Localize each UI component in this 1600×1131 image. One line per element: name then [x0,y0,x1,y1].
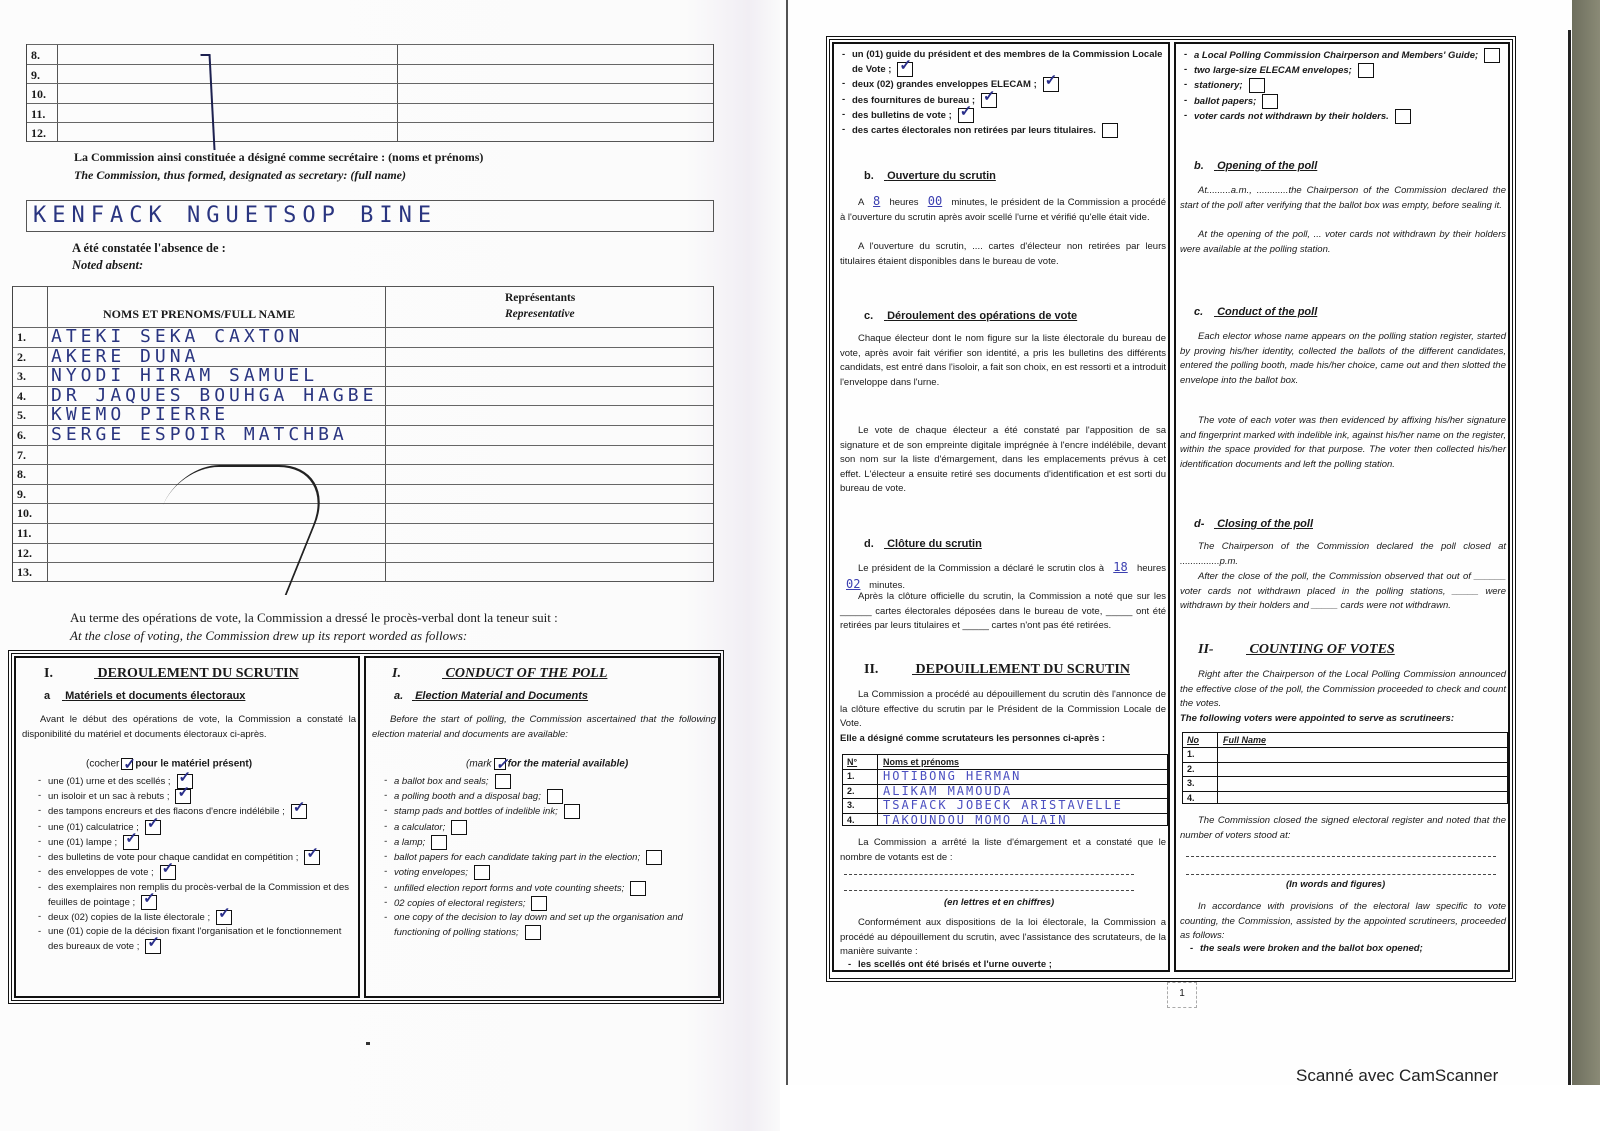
subsection-title-en: Election Material and Documents [415,690,588,702]
counting-p3-en: The Commission closed the signed elector… [1180,814,1506,843]
row-number: 3. [17,369,26,384]
material-label: des enveloppes de vote ; [48,867,154,878]
checkbox-checked-icon[interactable] [123,835,139,850]
table-row: 3. [1183,776,1507,791]
table-row: 2.AKERE DUNA [13,347,713,367]
row-number: 10. [17,506,32,521]
conduct-p1-fr: Chaque électeur dont le nom figure sur l… [840,332,1166,390]
fr-material-list-cont: un (01) guide du président et des membre… [842,48,1164,138]
material-item: two large-size ELECAM envelopes; [1184,63,1506,78]
table-row: 2. [1183,762,1507,777]
opening-p2-en: At the opening of the poll, ... voter ca… [1180,228,1506,257]
material-item: one copy of the decision to lay down and… [384,911,714,940]
check-hint-en: (markfor the material available) [466,758,628,770]
checkbox-checked-icon[interactable] [160,865,176,880]
section-en-column: I. CONDUCT OF THE POLL a. Election Mater… [364,656,720,998]
voters-count-line-en-1 [1186,856,1496,857]
words-figures-en: (In words and figures) [1286,878,1385,893]
row-number: 1. [847,771,855,781]
en-material-list: a ballot box and seals;a polling booth a… [384,774,714,940]
counting-title-en: COUNTING OF VOTES [1250,642,1395,657]
absent-member-name[interactable]: ATEKI SEKA CAXTON [51,326,303,347]
page-gutter [786,0,788,1085]
opening-minutes-value[interactable]: 00 [922,194,948,208]
checkbox-checked-icon[interactable] [981,93,997,108]
material-item: unfilled election report forms and vote … [384,881,714,896]
table-row: 10. [27,83,713,103]
checkbox-checked-icon[interactable] [145,939,161,954]
row-number: 8. [31,48,40,63]
closing-hours-value[interactable]: 18 [1107,560,1133,574]
absent-label-fr: A été constatée l'absence de : [72,241,226,256]
table-row: 9. [13,484,713,504]
section-title: DEROULEMENT DU SCRUTIN [98,666,299,681]
material-item: stationery; [1184,78,1506,93]
counting-p4-en: In accordance with provisions of the ele… [1180,900,1506,944]
table-row: 2.ALIKAM MAMOUDA [843,784,1167,799]
table-row: 10. [13,503,713,523]
checkbox-empty-icon[interactable] [525,925,541,940]
checkbox-checked-icon[interactable] [1043,77,1059,92]
scrutineer-name[interactable]: HOTIBONG HERMAN [883,769,1163,783]
row-number: 12. [31,126,46,141]
absent-member-name[interactable]: AKERE DUNA [51,346,199,367]
words-figures-fr: (en lettres et en chiffres) [944,896,1054,911]
opening-p1-en: At.........a.m., ............the Chairpe… [1180,184,1506,213]
material-item: des exemplaires non remplis du procès-ve… [38,881,356,910]
material-item: stamp pads and bottles of indelible ink; [384,804,714,819]
row-number: 2. [1187,764,1195,774]
table-head-num: N° [847,757,857,767]
material-label: stationery; [1194,80,1243,91]
fr-material-list: une (01) urne et des scellés ;un isoloir… [38,774,356,955]
material-label: des tampons encreurs et des flacons d'en… [48,806,285,817]
opening-letter-en: b. [1194,160,1214,172]
counting-p1-fr: La Commission a procédé au dépouillement… [840,688,1166,732]
material-label: des bulletins de vote ; [852,110,952,121]
material-item: des bulletins de vote pour chaque candid… [38,850,356,865]
stray-mark [366,1042,370,1045]
scrutineers-table-en: No Full Name 1.2.3.4. [1182,732,1508,804]
checkbox-empty-icon[interactable] [1262,94,1278,109]
conduct-p2-en: The vote of each voter was then evidence… [1180,414,1506,472]
table-row: 1.ATEKI SEKA CAXTON [13,327,713,347]
opening-cards-fr: A l'ouverture du scrutin, .... cartes d'… [840,240,1166,269]
material-label: deux (02) grandes enveloppes ELECAM ; [852,79,1037,90]
material-label: un isoloir et un sac à rebuts ; [48,791,169,802]
row-number: 3. [1187,778,1195,788]
checkbox-empty-icon[interactable] [1484,48,1500,63]
counting-bullet: les scellés ont été brisés et l'urne ouv… [848,958,1164,972]
row-number: 13. [17,565,32,580]
checkbox-empty-icon[interactable] [1102,123,1118,138]
material-item: a polling booth and a disposal bag; [384,789,714,804]
scrutineer-name[interactable]: TSAFACK JOBECK ARISTAVELLE [883,798,1163,812]
checkbox-empty-icon[interactable] [564,804,580,819]
row-number: 11. [31,107,45,122]
en-material-list-cont: a Local Polling Commission Chairperson a… [1184,48,1506,124]
checkbox-empty-icon[interactable] [451,820,467,835]
material-item: une (01) urne et des scellés ; [38,774,356,789]
checkbox-empty-icon[interactable] [1249,78,1265,93]
material-item: des bulletins de vote ; [842,108,1164,123]
closing-paragraph-fr: Le président de la Commission a déclaré … [840,560,1166,593]
material-label: des fournitures de bureau ; [852,95,975,106]
material-item: ballot papers; [1184,94,1506,109]
material-label: a calculator; [394,822,445,833]
voters-count-line-1 [844,874,1134,875]
checkbox-checked-icon[interactable] [291,804,307,819]
table-row: 7. [13,445,713,465]
right-page: un (01) guide du président et des membre… [790,0,1570,1085]
right-content-box: un (01) guide du président et des membre… [826,36,1516,982]
counting-p3-fr: La Commission a arrêté la liste d'émarge… [840,836,1166,865]
subsection-letter-en: a. [394,690,412,702]
checkbox-checked-icon[interactable] [216,910,232,925]
closing-p2-en: After the close of the poll, the Commiss… [1180,570,1506,614]
material-label: des cartes électorales non retirées par … [852,125,1096,136]
row-number: 4. [17,389,26,404]
conduct-letter-en: c. [1194,306,1214,318]
checkbox-empty-icon[interactable] [547,789,563,804]
closing-letter-en: d- [1194,518,1214,530]
table-row: 11. [13,523,713,543]
material-item: des enveloppes de vote ; [38,865,356,880]
row-number: 10. [31,87,46,102]
table-row: 3.NYODI HIRAM SAMUEL [13,366,713,386]
subsection-title: Matériels et documents électoraux [65,690,245,702]
checkbox-checked-icon[interactable] [304,850,320,865]
report-intro-fr: Au terme des opérations de vote, la Comm… [70,610,558,625]
absent-member-name[interactable]: KWEMO PIERRE [51,404,229,425]
row-number: 11. [17,526,31,541]
counting-p4-fr: Conformément aux dispositions de la loi … [840,916,1166,960]
secretary-label-en: The Commission, thus formed, designated … [74,168,406,183]
material-label: 02 copies of electoral registers; [394,898,525,909]
scrutineer-name[interactable]: ALIKAM MAMOUDA [883,784,1163,798]
material-item: 02 copies of electoral registers; [384,896,714,911]
material-item: a lamp; [384,835,714,850]
left-page: 8.9.10.11.12. La Commission ainsi consti… [0,0,780,1131]
material-label: two large-size ELECAM envelopes; [1194,65,1352,76]
opening-title: Ouverture du scrutin [887,170,996,182]
row-number: 1. [17,330,26,345]
absent-member-name[interactable]: NYODI HIRAM SAMUEL [51,365,318,386]
row-number: 12. [17,546,32,561]
material-label: a Local Polling Commission Chairperson a… [1194,50,1478,61]
col-header-rep-en: Representative [505,307,575,322]
secretary-label-fr: La Commission ainsi constituée a désigné… [74,150,483,165]
scrutineer-name[interactable]: TAKOUNDOU MOMO ALAIN [883,813,1163,827]
material-label: une (01) urne et des scellés ; [48,776,171,787]
checkbox-empty-icon[interactable] [474,865,490,880]
absent-member-name[interactable]: SERGE ESPOIR MATCHBA [51,424,348,445]
row-number: 8. [17,467,26,482]
check-hint: (cocherpour le matériel présent) [86,758,252,770]
table-row: 1. [1183,747,1507,762]
counting-p2-fr: Elle a désigné comme scrutateurs les per… [840,732,1166,747]
material-label: a polling booth and a disposal bag; [394,791,541,802]
table-row: 8. [13,464,713,484]
material-label: deux (02) copies de la liste électorale … [48,912,210,923]
conduct-p1-en: Each elector whose name appears on the p… [1180,330,1506,388]
table-row: 5.KWEMO PIERRE [13,405,713,425]
absent-member-name[interactable]: DR JAQUES BOUHGA HAGBE [51,385,377,406]
counting-title: DEPOUILLEMENT DU SCRUTIN [916,662,1130,677]
report-intro-en: At the close of voting, the Commission d… [70,628,467,643]
row-number: 2. [17,350,26,365]
camscanner-watermark: Scanné avec CamScanner [1296,1066,1498,1086]
material-label: unfilled election report forms and vote … [394,883,624,894]
counting-number-en: II- [1198,642,1246,658]
opening-title-en: Opening of the poll [1217,160,1317,172]
checkbox-example-icon-en [494,758,506,770]
table-row: 6.SERGE ESPOIR MATCHBA [13,425,713,445]
row-number: 7. [17,448,26,463]
row-number: 9. [17,487,26,502]
scrutineers-table-fr: N° Noms et prénoms 1.HOTIBONG HERMAN2.AL… [842,754,1168,826]
counting-bullet-en: the seals were broken and the ballot box… [1190,942,1506,956]
closing-title-en: Closing of the poll [1217,518,1313,530]
material-item: une (01) calculatrice ; [38,820,356,835]
secretary-name-value: KENFACK NGUETSOP BINE [33,203,437,228]
members-table-continuation: 8.9.10.11.12. [26,44,714,142]
table-row: 8. [27,44,713,64]
material-item: a calculator; [384,820,714,835]
material-label: voting envelopes; [394,867,468,878]
subsection-letter: a [44,690,62,702]
opening-hours-value[interactable]: 8 [867,194,886,208]
row-number: 3. [847,800,855,810]
secretary-name-field[interactable]: KENFACK NGUETSOP BINE [26,200,714,232]
table-row: 1.HOTIBONG HERMAN [843,769,1167,784]
right-en-column: a Local Polling Commission Chairperson a… [1174,42,1510,972]
conduct-letter: c. [864,310,884,322]
row-number: 5. [17,408,26,423]
counting-p2-en: The following voters were appointed to s… [1180,712,1506,727]
checkbox-checked-icon[interactable] [141,895,157,910]
table-row: 3.TSAFACK JOBECK ARISTAVELLE [843,798,1167,813]
checkbox-empty-icon[interactable] [1395,109,1411,124]
conduct-title: Déroulement des opérations de vote [887,310,1077,322]
table-row: 4. [1183,791,1507,806]
row-number: 6. [17,428,26,443]
page-number: 1 [1167,982,1197,1008]
checkbox-empty-icon[interactable] [646,850,662,865]
checkbox-empty-icon[interactable] [1358,63,1374,78]
closing-p1-en: The Chairperson of the Commission declar… [1180,540,1506,569]
section-intro: Avant le début des opérations de vote, l… [22,713,356,742]
checkbox-checked-icon[interactable] [175,789,191,804]
closing-title: Clôture du scrutin [887,538,982,550]
row-number: 9. [31,68,40,83]
section-conduct-box: I. DEROULEMENT DU SCRUTIN a Matériels et… [8,650,724,1004]
opening-paragraph-fr: A 8 heures 00 minutes, le président de l… [840,194,1166,225]
material-item: a Local Polling Commission Chairperson a… [1184,48,1506,63]
voters-count-line-en-2 [1186,874,1496,875]
material-label: a lamp; [394,837,425,848]
absent-label-en: Noted absent: [72,258,143,273]
counting-p1-en: Right after the Chairperson of the Local… [1180,668,1506,712]
checkbox-empty-icon[interactable] [531,896,547,911]
material-item: a ballot box and seals; [384,774,714,789]
material-label: ballot papers; [1194,96,1256,107]
material-label: voter cards not withdrawn by their holde… [1194,111,1389,122]
checkbox-checked-icon[interactable] [897,62,913,77]
material-item: ballot papers for each candidate taking … [384,850,714,865]
section-title-en: CONDUCT OF THE POLL [446,666,608,681]
table-row: 11. [27,103,713,123]
material-item: des cartes électorales non retirées par … [842,123,1164,138]
material-label: stamp pads and bottles of indelible ink; [394,806,558,817]
material-label: des exemplaires non remplis du procès-ve… [48,882,349,908]
checkbox-empty-icon[interactable] [630,881,646,896]
col-header-rep-fr: Représentants [505,291,575,306]
table-head-name-en: Full Name [1223,735,1266,745]
table-head-name: Noms et prénoms [883,757,959,767]
table-row: 13. [13,562,713,582]
material-item: deux (02) copies de la liste électorale … [38,910,356,925]
opening-letter: b. [864,170,884,182]
row-number: 1. [1187,749,1195,759]
row-number: 2. [847,786,855,796]
material-label: une (01) lampe ; [48,837,117,848]
section-number: I. [44,666,94,682]
material-item: deux (02) grandes enveloppes ELECAM ; [842,77,1164,92]
material-label: ballot papers for each candidate taking … [394,852,640,863]
col-header-name: NOMS ET PRENOMS/FULL NAME [103,307,295,322]
counting-bullets-en: the seals were broken and the ballot box… [1190,942,1506,956]
section-intro-en: Before the start of polling, the Commiss… [372,713,716,742]
scan-edge-line [1568,30,1571,1085]
material-item: des tampons encreurs et des flacons d'en… [38,804,356,819]
checkbox-example-icon [121,758,133,770]
material-item: des fournitures de bureau ; [842,93,1164,108]
checkbox-checked-icon[interactable] [958,108,974,123]
section-number-en: I. [392,666,442,682]
checkbox-empty-icon[interactable] [431,835,447,850]
material-label: a ballot box and seals; [394,776,489,787]
closing-cards-fr: Après la clôture officielle du scrutin, … [840,590,1166,634]
table-row: 12. [13,543,713,563]
table-row: 12. [27,122,713,142]
checkbox-empty-icon[interactable] [495,774,511,789]
right-fr-column: un (01) guide du président et des membre… [832,42,1170,972]
section-fr-column: I. DEROULEMENT DU SCRUTIN a Matériels et… [14,656,360,998]
absent-table: NOMS ET PRENOMS/FULL NAME Représentants … [12,286,714,582]
voters-count-line-2 [844,890,1134,891]
material-item: voting envelopes; [384,865,714,880]
row-number: 4. [847,815,855,825]
scan-background-edge [1572,0,1600,1085]
material-item: un (01) guide du président et des membre… [842,48,1164,77]
counting-number: II. [864,662,912,678]
material-label: une (01) copie de la décision fixant l'o… [48,926,341,952]
table-row: 4.TAKOUNDOU MOMO ALAIN [843,813,1167,828]
material-item: un isoloir et un sac à rebuts ; [38,789,356,804]
table-row: 4.DR JAQUES BOUHGA HAGBE [13,386,713,406]
table-row: 9. [27,64,713,84]
material-item: voter cards not withdrawn by their holde… [1184,109,1506,124]
conduct-p2-fr: Le vote de chaque électeur a été constat… [840,424,1166,497]
closing-letter: d. [864,538,884,550]
material-item: une (01) copie de la décision fixant l'o… [38,925,356,954]
closing-minutes-value[interactable]: 02 [840,577,866,591]
checkbox-checked-icon[interactable] [145,820,161,835]
row-number: 4. [1187,793,1195,803]
conduct-title-en: Conduct of the poll [1217,306,1317,318]
counting-bullets-fr: les scellés ont été brisés et l'urne ouv… [848,958,1164,972]
table-head-num-en: No [1187,735,1199,745]
